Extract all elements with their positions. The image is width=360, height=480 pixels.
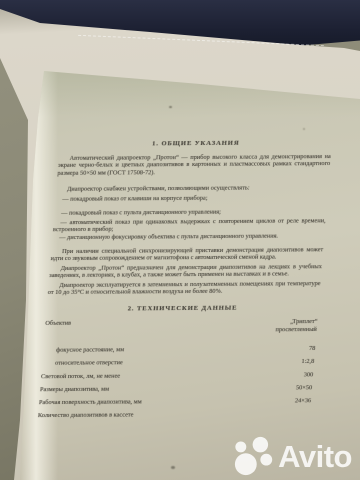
list-item: — покадровый показ от клавиши на корпусе… xyxy=(55,194,328,203)
table-row-value: 50×50 xyxy=(260,384,313,392)
section2-heading: 2. ТЕХНИЧЕСКИЕ ДАННЫЕ xyxy=(46,304,319,313)
paragraph: Диапроектор „Протон“ предназначен для де… xyxy=(49,263,322,279)
table-row-value: 1:2,8 xyxy=(262,358,315,366)
table-row-label: Рабочая поверхность диапозитива, мм xyxy=(39,398,142,406)
avito-watermark: Avito xyxy=(234,435,352,477)
avito-watermark-text: Avito xyxy=(278,441,352,472)
table-row: Рабочая поверхность диапозитива, мм 24×3… xyxy=(39,397,312,406)
table-row: фокусное расстояние, мм 78 xyxy=(43,345,316,354)
list-item: — покадровый показ с пульта дистанционно… xyxy=(54,208,327,217)
photo-of-manual-page: 1. ОБЩИЕ УКАЗАНИЯ Автоматический диапрое… xyxy=(0,0,360,480)
avito-logo-icon xyxy=(234,435,274,477)
section1-heading: 1. ОБЩИЕ УКАЗАНИЯ xyxy=(59,139,332,148)
table-row-value: 78 xyxy=(263,345,316,353)
table-row: Размеры диапозитива, мм 50×50 xyxy=(40,384,313,393)
feature-list: — покадровый показ от клавиши на корпусе… xyxy=(52,194,328,241)
technical-data-table: Объектив „Триплет“ просветленный фокусно… xyxy=(38,319,318,420)
table-row: относительное отверстие 1:2,8 xyxy=(42,358,315,367)
table-row-label: относительное отверстие xyxy=(42,359,123,367)
paragraph: Диапроектор снабжен устройствами, позвол… xyxy=(56,184,329,193)
paper-speck xyxy=(303,128,305,130)
table-row-label: Количество диапозитивов в кассете xyxy=(38,411,134,419)
table-row-label: Объектив xyxy=(45,320,71,327)
table-row-label: Световой поток, лм, не менее xyxy=(41,372,121,380)
paper-speck xyxy=(171,466,175,469)
table-row-label: Размеры диапозитива, мм xyxy=(40,385,110,393)
table-row-label: фокусное расстояние, мм xyxy=(43,346,125,354)
paper-speck xyxy=(169,106,172,108)
table-row-value: 24×36 xyxy=(259,397,312,405)
table-row: Световой поток, лм, не менее 300 xyxy=(41,371,314,380)
table-row-value: 300 xyxy=(261,371,314,379)
list-item: — автоматический показ при одинаковых вы… xyxy=(53,217,326,233)
paragraph: При наличии специальной синхронизирующей… xyxy=(50,246,323,262)
table-row-value: „Триплет“ просветленный xyxy=(265,319,318,334)
table-row: Количество диапозитивов в кассете xyxy=(38,410,311,419)
paragraph: Автоматический диапроектор „Протон“ — пр… xyxy=(57,153,331,177)
list-item: — дистанционную фокусировку объектива с … xyxy=(52,232,325,241)
table-row: Объектив „Триплет“ просветленный xyxy=(44,319,317,335)
paragraph: Диапроектор эксплуатируется в затемненны… xyxy=(48,280,321,296)
printed-text: 1. ОБЩИЕ УКАЗАНИЯ Автоматический диапрое… xyxy=(37,139,332,425)
